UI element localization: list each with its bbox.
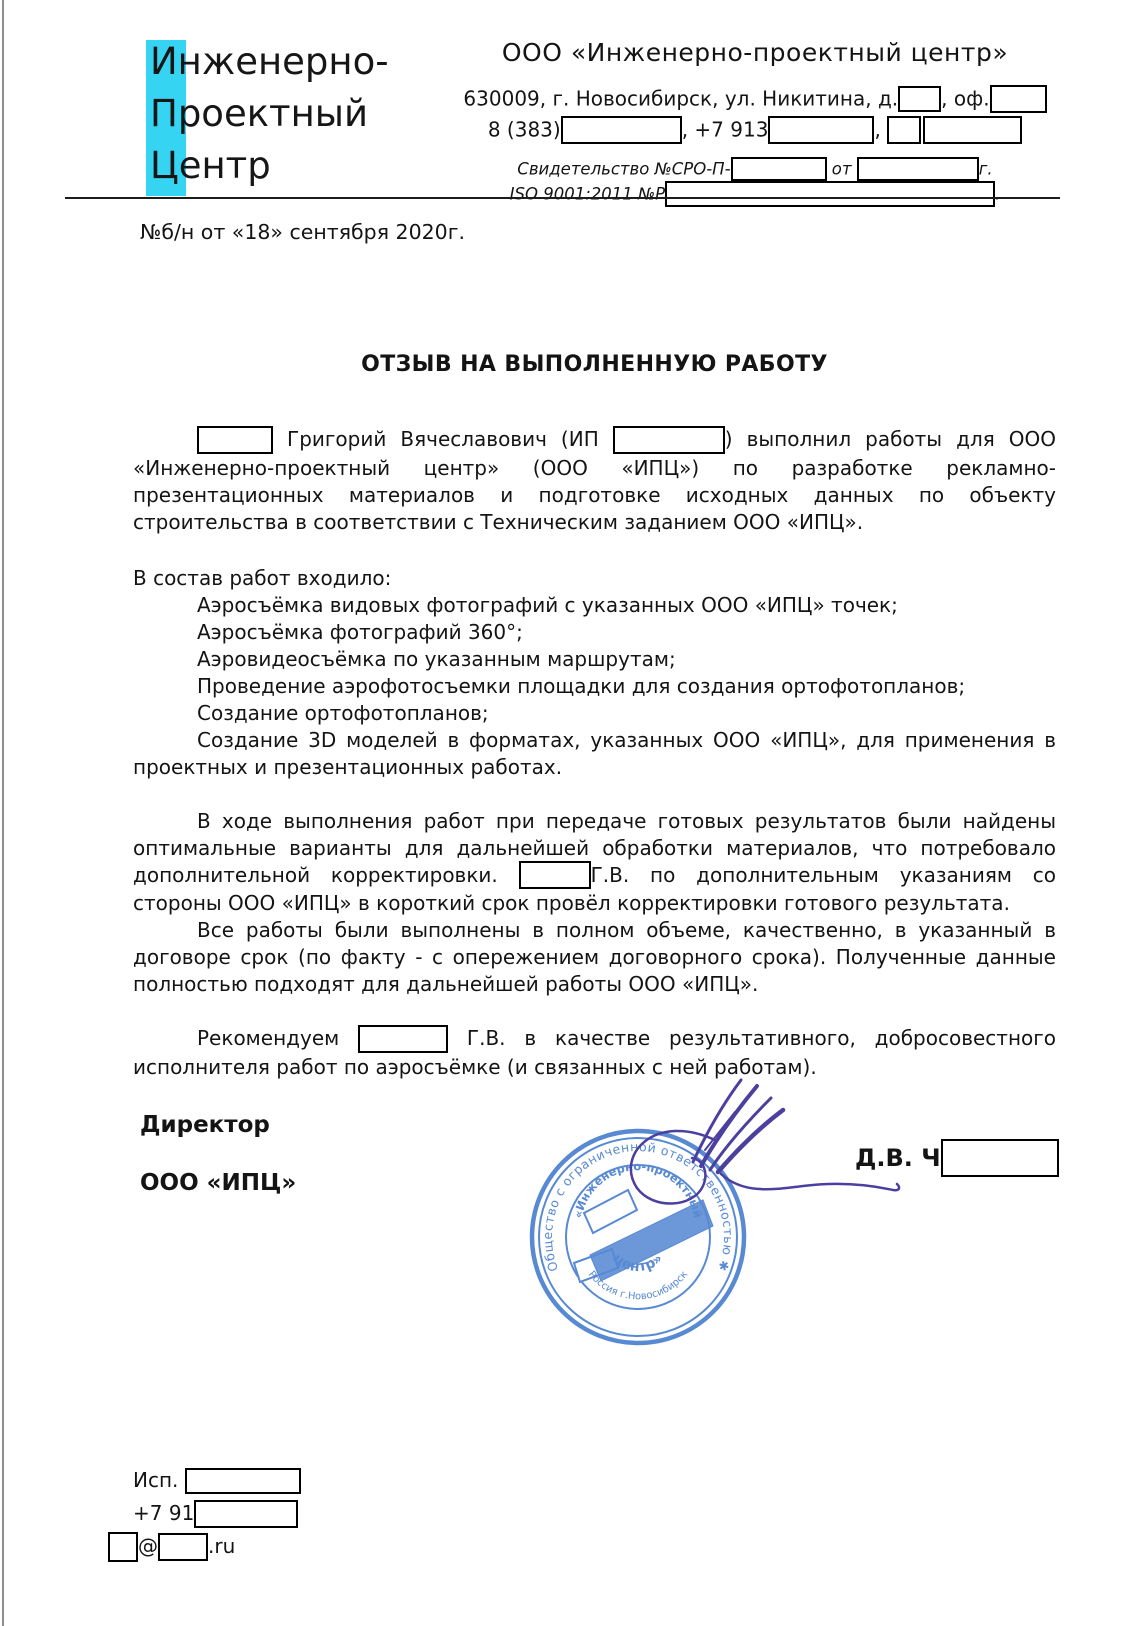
company-name: ООО «Инженерно-проектный центр» bbox=[448, 38, 1062, 67]
work-list-item: Создание 3D моделей в форматах, указанны… bbox=[133, 727, 1056, 781]
phone-text-a: 8 (383) bbox=[488, 118, 561, 142]
work-list-item: Аэровидеосъёмка по указанным маршрутам; bbox=[133, 646, 1056, 673]
recommendation-text-a: Рекомендуем bbox=[197, 1026, 339, 1050]
certificate-from-text: от bbox=[832, 160, 852, 179]
footer-email-line: @.ru bbox=[108, 1530, 301, 1563]
paragraph-corrections: В ходе выполнения работ при передаче гот… bbox=[133, 808, 1056, 918]
paragraph-intro: Григорий Вячеславович (ИП ) выполнил раб… bbox=[133, 426, 1056, 536]
executor-label: Исп. bbox=[133, 1468, 178, 1492]
phone-text-b: , +7 913 bbox=[682, 118, 769, 142]
iso-text: ISO 9001:2011 №Р bbox=[510, 185, 665, 204]
footer-phone-text: +7 91 bbox=[133, 1501, 194, 1525]
work-list-item: Аэросъёмка видовых фотографий с указанны… bbox=[133, 592, 1056, 619]
document-number-date: №б/н от «18» сентября 2020г. bbox=[140, 220, 465, 244]
address-text: 630009, г. Новосибирск, ул. Никитина, д. bbox=[463, 87, 898, 111]
redaction-box-executor bbox=[185, 1468, 301, 1494]
redaction-box-ip bbox=[613, 426, 725, 454]
redaction-box-email-domain bbox=[158, 1533, 208, 1561]
executor-line: Исп. bbox=[133, 1464, 301, 1497]
redaction-box-surname3 bbox=[358, 1025, 448, 1053]
header-contact-block: ООО «Инженерно-проектный центр» 630009, … bbox=[448, 38, 1062, 208]
company-logo: Инженерно- Проектный Центр bbox=[150, 36, 389, 192]
redaction-box-phone2 bbox=[768, 116, 874, 144]
phone-text-c: , bbox=[874, 118, 880, 142]
certificate-year-text: г. bbox=[979, 160, 993, 179]
document-body: Григорий Вячеславович (ИП ) выполнил раб… bbox=[133, 426, 1056, 1081]
address-line: 630009, г. Новосибирск, ул. Никитина, д.… bbox=[448, 86, 1062, 114]
address-office-text: , оф. bbox=[941, 87, 989, 111]
certificate-line: Свидетельство №СРО-П- от г. bbox=[448, 158, 1062, 182]
document-page: Инженерно- Проектный Центр ООО «Инженерн… bbox=[0, 0, 1134, 1626]
email-at-symbol: @ bbox=[138, 1534, 158, 1558]
redaction-box-cert2 bbox=[857, 157, 979, 181]
certificate-text: Свидетельство №СРО-П- bbox=[517, 160, 730, 179]
logo-line-2: Проектный bbox=[150, 88, 389, 140]
redaction-box-iso bbox=[665, 181, 995, 207]
work-list-intro: В состав работ входило: bbox=[133, 565, 1056, 592]
footer-phone-line: +7 91 bbox=[133, 1497, 301, 1530]
redaction-box-office bbox=[990, 85, 1047, 113]
email-tld-text: .ru bbox=[208, 1534, 235, 1558]
director-label: Директор bbox=[140, 1112, 270, 1138]
header-divider bbox=[65, 197, 1060, 199]
redaction-box-surname bbox=[197, 426, 273, 454]
signer-name-line: Д.В. Ч bbox=[855, 1138, 1059, 1178]
signer-company-label: ООО «ИПЦ» bbox=[140, 1170, 296, 1196]
paragraph-completion: Все работы были выполнены в полном объем… bbox=[133, 917, 1056, 998]
signature-stroke bbox=[693, 1080, 741, 1162]
redaction-box-house bbox=[898, 86, 941, 112]
redaction-box-email-user bbox=[108, 1532, 138, 1562]
redaction-box-phone3 bbox=[923, 116, 1022, 144]
redaction-box-surname2 bbox=[519, 861, 591, 889]
work-list-item: Аэросъёмка фотографий 360°; bbox=[133, 619, 1056, 646]
signer-name: Д.В. Ч bbox=[855, 1144, 941, 1172]
redaction-box-signer bbox=[941, 1139, 1059, 1177]
redaction-box-small bbox=[887, 116, 921, 144]
logo-line-1: Инженерно- bbox=[150, 36, 389, 88]
iso-line: ISO 9001:2011 №Р. bbox=[448, 182, 1062, 208]
work-list-item: Проведение аэрофотосъемки площадки для с… bbox=[133, 673, 1056, 700]
intro-text-a: Григорий Вячеславович (ИП bbox=[287, 427, 599, 451]
footer-contact-block: Исп. +7 91 @.ru bbox=[133, 1464, 301, 1563]
redaction-box-footer-phone bbox=[194, 1500, 298, 1528]
iso-period: . bbox=[995, 185, 1000, 204]
work-list-item: Создание ортофотопланов; bbox=[133, 700, 1056, 727]
document-title: ОТЗЫВ НА ВЫПОЛНЕННУЮ РАБОТУ bbox=[133, 352, 1056, 377]
phone-line: 8 (383), +7 913, bbox=[448, 117, 1062, 145]
redaction-box-phone1 bbox=[561, 116, 682, 144]
scan-edge-line bbox=[2, 0, 4, 1626]
logo-line-3: Центр bbox=[150, 140, 389, 192]
redaction-box-cert1 bbox=[731, 157, 827, 181]
